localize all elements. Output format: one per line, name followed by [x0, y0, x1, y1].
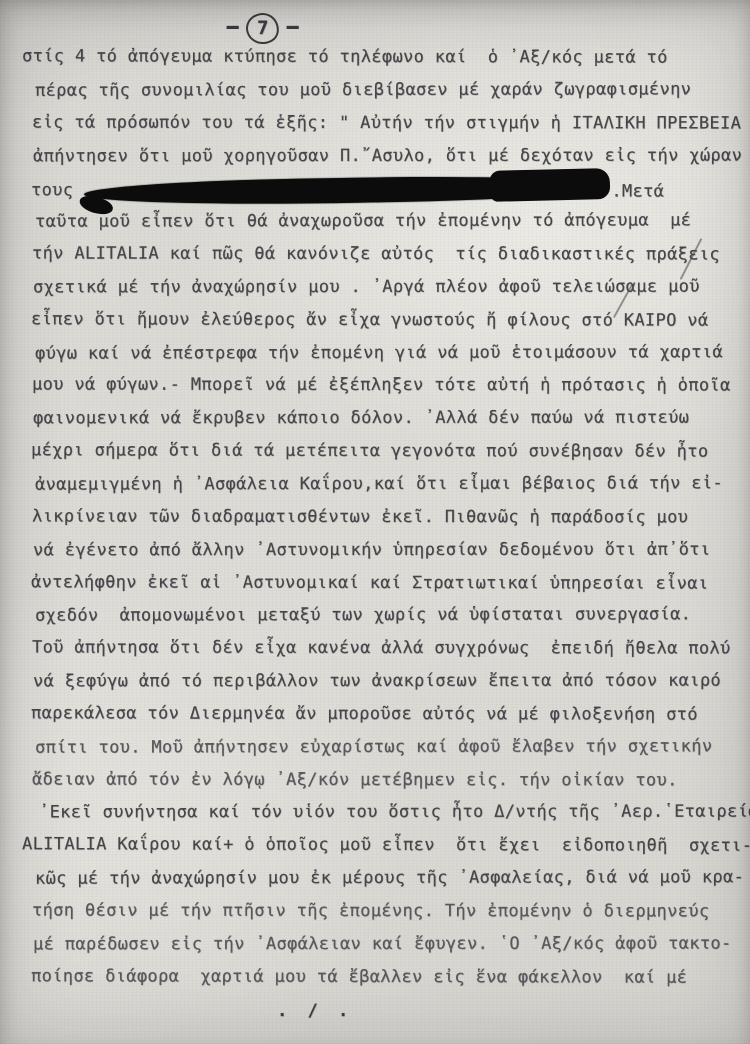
header-dash-right: - — [281, 17, 305, 39]
text-line-2: πέρας τῆς συνομιλίας του μοῦ διεβίβασεν … — [26, 79, 741, 113]
text-line-8: σχετικά μέ τήν ἀναχώρησίν μου . ᾿Αργά πλ… — [24, 277, 739, 311]
text-line-23: ἄδειαν ἀπό τόν ἐν λόγῳ ᾿Αξ/κόν μετέβημεν… — [23, 769, 738, 803]
text-line-22: σπίτι του. Μοῦ ἀπήντησεν εὐχαρίστως καί … — [26, 736, 741, 770]
text-line-28: μέ παρέδωσεν εἰς τήν ᾿Ασφάλειαν καί ἔφυγ… — [24, 933, 739, 967]
redaction-pre-text: τους — [31, 181, 73, 201]
text-line-6: ταῦτα μοῦ εἶπεν ὅτι θά ἀναχωροῦσα τήν ἐπ… — [26, 210, 741, 244]
text-line-25: ALITALIA Καΐρου καί+ ὁ ὁποῖος μοῦ εἶπεν … — [22, 835, 737, 869]
footer-mark: . / . — [277, 1001, 353, 1021]
header-dash-left: - — [221, 17, 245, 39]
text-line-21: παρεκάλεσα τόν Διερμηνέα ἄν μποροῦσε αὐτ… — [22, 703, 737, 737]
text-line-9: εἶπεν ὅτι ἤμουν ἐλεύθερος ἄν εἶχα γνωστο… — [22, 309, 737, 343]
redaction-bar — [84, 174, 606, 208]
page-header: - 7 - — [226, 10, 300, 46]
text-line-5: τους.Μετά — [22, 178, 737, 212]
text-line-1: στίς 4 τό ἀπόγευμα κτύπησε τό τηλέφωνο κ… — [22, 46, 737, 80]
page-number: 7 — [257, 18, 268, 37]
text-body: στίς 4 τό ἀπόγευμα κτύπησε τό τηλέφωνο κ… — [21, 47, 736, 999]
text-line-12: φαινομενικά νά ἔκρυβεν κάποιο δόλον. ᾿Αλ… — [24, 408, 739, 442]
redaction-post-text: .Μετά — [611, 182, 664, 202]
text-line-17: ἀντελήφθην ἐκεῖ αἱ ᾿Αστυνομικαί καί Στρα… — [22, 572, 737, 606]
text-line-16: νά ἐγένετο ἀπό ἄλλην ᾿Αστυνομικήν ὑπηρεσ… — [24, 539, 739, 573]
text-line-15: λικρίνειαν τῶν διαδραματισθέντων ἐκεῖ. Π… — [23, 506, 738, 540]
text-line-26: κῶς μέ τήν ἀναχώρησίν μου ἐκ μέρους τῆς … — [26, 867, 741, 901]
page-number-circle: 7 — [244, 11, 281, 46]
text-line-19: Τοῦ ἀπήντησα ὅτι δέν εἶχα κανένα ἀλλά συ… — [23, 638, 738, 672]
text-line-14: ἀναμεμιγμένη ἡ ᾿Ασφάλεια Καΐρου,καί ὅτι … — [26, 473, 741, 507]
text-line-13: μέχρι σήμερα ὅτι διά τά μετέπειτα γεγονό… — [22, 440, 737, 474]
text-line-3: εἰς τά πρόσωπόν του τά ἑξῆς: " Αὐτήν τήν… — [23, 112, 738, 146]
text-line-27: τήση θέσιν μέ τήν πτῆσιν τῆς ἐπομένης. Τ… — [23, 900, 738, 934]
text-line-11: μου νά φύγων.- Μπορεῖ νά μέ ἐξέπληξεν τό… — [23, 375, 738, 409]
text-line-24: ᾿Εκεῖ συνήντησα καί τόν υἱόν του ὅστις ἦ… — [24, 802, 739, 836]
text-line-20: νά ξεφύγω ἀπό τό περιβάλλον των ἀνακρίσε… — [24, 671, 739, 705]
scanned-page: - 7 - στίς 4 τό ἀπόγευμα κτύπησε τό τηλέ… — [0, 0, 750, 1044]
text-line-18: σχεδόν ἀπομονωμένοι μεταξύ των χωρίς νά … — [26, 605, 741, 639]
text-line-10: φύγω καί νά ἐπέστρεφα τήν ἐπομένη γιά νά… — [26, 342, 741, 376]
text-line-29: ποίησε διάφορα χαρτιά μου τά ἔβαλλεν εἰς… — [22, 966, 737, 1000]
text-line-7: τήν ALITALIA καί πῶς θά κανόνιζε αὐτός τ… — [23, 244, 738, 278]
text-line-4: ἀπήντησεν ὅτι μοῦ χορηγοῦσαν Π.῎Ασυλο, ὅ… — [24, 145, 739, 179]
